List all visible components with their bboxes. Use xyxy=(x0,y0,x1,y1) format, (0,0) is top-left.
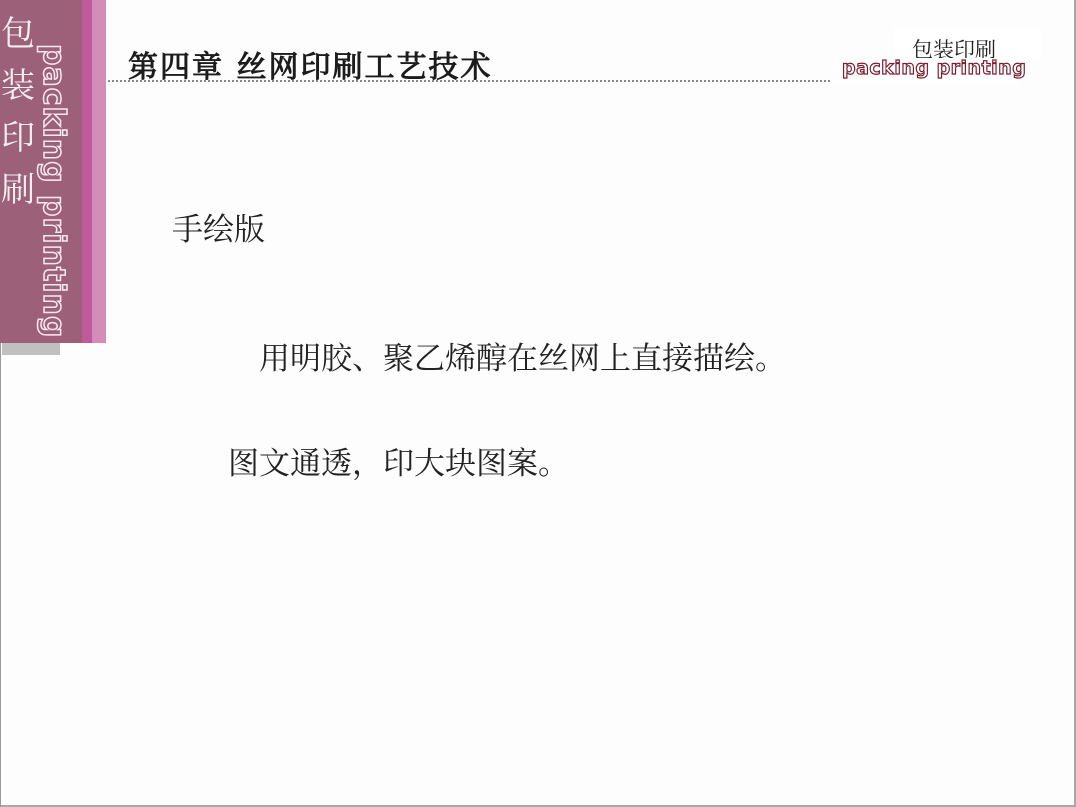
body-line: 图文通透，印大块图案。 xyxy=(228,438,569,483)
sidebar-char: 装 xyxy=(0,60,36,112)
logo-english: packing printing xyxy=(842,57,1026,79)
sidebar-stripe-light xyxy=(92,0,106,343)
slide-left-border xyxy=(0,340,1,807)
sidebar-stripe-dark xyxy=(82,0,92,343)
sidebar-english-text: packing printing xyxy=(36,44,71,338)
sidebar-char: 印 xyxy=(0,112,36,164)
slide: 包 装 印 刷 packing printing 第四章 丝网印刷工艺技术 包装… xyxy=(0,0,1076,807)
section-heading: 手绘版 xyxy=(172,204,265,249)
sidebar-chinese-label: 包 装 印 刷 xyxy=(0,8,36,216)
sidebar-english-label: packing printing xyxy=(41,44,73,344)
sidebar-shadow xyxy=(2,343,60,355)
title-divider xyxy=(108,80,938,82)
body-line: 用明胶、聚乙烯醇在丝网上直接描绘。 xyxy=(259,333,786,378)
sidebar-char: 包 xyxy=(0,8,36,60)
sidebar-char: 刷 xyxy=(0,164,36,216)
